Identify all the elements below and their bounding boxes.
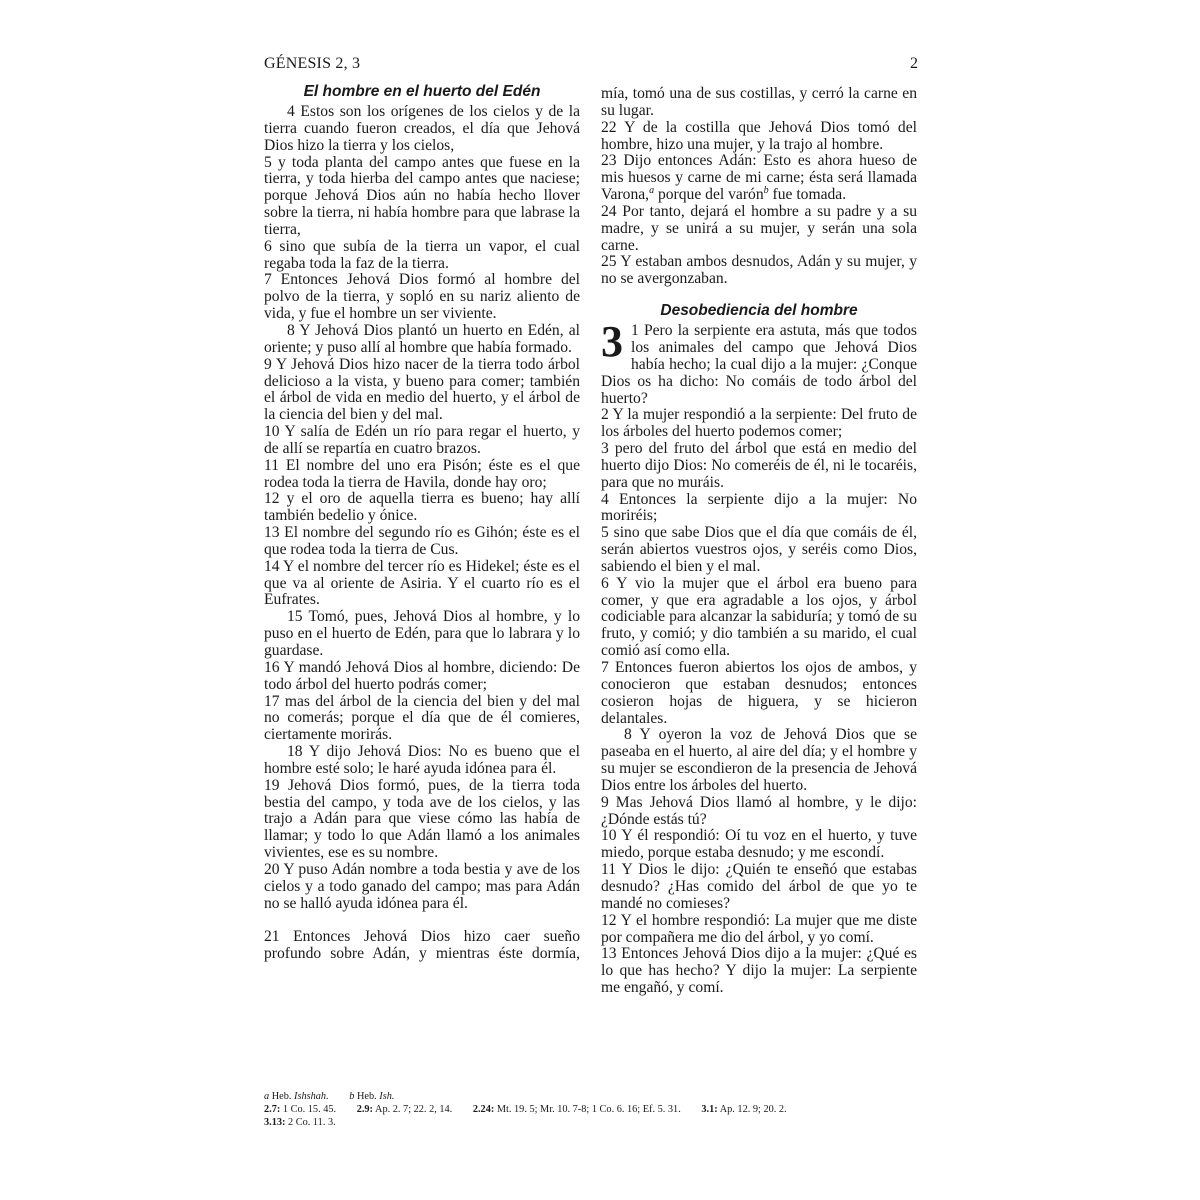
footnote-a: a Heb. Ishshah. — [264, 1091, 329, 1102]
verse-continuation: mía, tomó una de sus costillas, y cerró … — [601, 86, 917, 120]
verse: 2 Y la mujer respondió a la serpiente: D… — [601, 407, 917, 441]
verse: 11 El nombre del uno era Pisón; éste es … — [264, 458, 580, 492]
page-number: 2 — [910, 55, 918, 73]
verse: 7 Entonces Jehová Dios formó al hombre d… — [264, 272, 580, 323]
xref-text: Mt. 19. 5; Mr. 10. 7-8; 1 Co. 6. 16; Ef.… — [497, 1104, 681, 1115]
verse: 8 Y oyeron la voz de Jehová Dios que se … — [601, 727, 917, 794]
xref-text: Ap. 2. 7; 22. 2, 14. — [375, 1104, 452, 1115]
verse: 13 Entonces Jehová Dios dijo a la mujer:… — [601, 946, 917, 997]
footnote-key: a — [264, 1091, 269, 1102]
verse: 12 Y el hombre respondió: La mujer que m… — [601, 913, 917, 947]
chapter-number: 3 — [601, 325, 623, 359]
verse: 12 y el oro de aquella tierra es bueno; … — [264, 491, 580, 525]
verse: 3 pero del fruto del árbol que está en m… — [601, 441, 917, 492]
verse: 6 sino que subía de la tierra un vapor, … — [264, 239, 580, 273]
running-head: GÉNESIS 2, 3 — [264, 55, 360, 73]
verse: 15 Tomó, pues, Jehová Dios al hombre, y … — [264, 609, 580, 660]
verse: 4 Entonces la serpiente dijo a la mujer:… — [601, 492, 917, 526]
verse: 18 Y dijo Jehová Dios: No es bueno que e… — [264, 744, 580, 778]
footnote-term: Ishshah. — [294, 1091, 329, 1102]
verse: 20 Y puso Adán nombre a toda bestia y av… — [264, 862, 580, 929]
verse: 6 Y vio la mujer que el árbol era bueno … — [601, 576, 917, 660]
verse: 8 Y Jehová Dios plantó un huerto en Edén… — [264, 323, 580, 357]
xref-ref: 2.24: — [473, 1104, 494, 1115]
cross-reference[interactable]: 2.9: Ap. 2. 7; 22. 2, 14. — [357, 1104, 453, 1115]
footnotes: a Heb. Ishshah. b Heb. Ish. 2.7: 1 Co. 1… — [264, 1090, 924, 1129]
verse-text: porque del varón — [654, 186, 764, 203]
verse: 5 sino que sabe Dios que el día que comá… — [601, 525, 917, 576]
verse: 11 Y Dios le dijo: ¿Quién te enseñó que … — [601, 862, 917, 913]
verse-text: 1 Pero la serpiente era astuta, más que … — [601, 322, 917, 406]
footnote-key: b — [349, 1091, 354, 1102]
footnote-prefix: Heb. — [357, 1091, 379, 1102]
cross-reference[interactable]: 3.1: Ap. 12. 9; 20. 2. — [701, 1104, 786, 1115]
verse: 22 Y de la costilla que Jehová Dios tomó… — [601, 120, 917, 154]
verse: 14 Y el nombre del tercer río es Hidekel… — [264, 559, 580, 610]
section-heading: El hombre en el huerto del Edén — [264, 82, 580, 102]
xref-text: 2 Co. 11. 3. — [288, 1117, 336, 1128]
verse: 13 El nombre del segundo río es Gihón; é… — [264, 525, 580, 559]
cross-reference[interactable]: 3.13: 2 Co. 11. 3. — [264, 1117, 336, 1128]
footnote-prefix: Heb. — [272, 1091, 294, 1102]
cross-references: 3.13: 2 Co. 11. 3. — [264, 1116, 924, 1129]
verse: 10 Y él respondió: Oí tu voz en el huert… — [601, 828, 917, 862]
section-heading: Desobediencia del hombre — [601, 301, 917, 321]
page-header: GÉNESIS 2, 3 2 — [264, 55, 918, 75]
cross-reference[interactable]: 2.7: 1 Co. 15. 45. — [264, 1104, 336, 1115]
cross-references: 2.7: 1 Co. 15. 45. 2.9: Ap. 2. 7; 22. 2,… — [264, 1103, 924, 1116]
verse: 25 Y estaban ambos desnudos, Adán y su m… — [601, 254, 917, 288]
right-column: mía, tomó una de sus costillas, y cerró … — [601, 86, 917, 997]
xref-ref: 2.7: — [264, 1104, 280, 1115]
verse: 4 Estos son los orígenes de los cielos y… — [264, 104, 580, 155]
verse: 9 Y Jehová Dios hizo nacer de la tierra … — [264, 357, 580, 424]
verse: 9 Mas Jehová Dios llamó al hombre, y le … — [601, 795, 917, 829]
verse-text: fue tomada. — [769, 186, 847, 203]
verse: 21 Entonces Jehová Dios hizo caer sueño … — [264, 929, 580, 963]
xref-ref: 2.9: — [357, 1104, 373, 1115]
cross-reference[interactable]: 2.24: Mt. 19. 5; Mr. 10. 7-8; 1 Co. 6. 1… — [473, 1104, 681, 1115]
verse: 31 Pero la serpiente era astuta, más que… — [601, 323, 917, 407]
footnote-term: Ish. — [379, 1091, 394, 1102]
verse: 24 Por tanto, dejará el hombre a su padr… — [601, 204, 917, 255]
left-column: El hombre en el huerto del Edén 4 Estos … — [264, 82, 580, 963]
xref-ref: 3.13: — [264, 1117, 285, 1128]
verse: 23 Dijo entonces Adán: Esto es ahora hue… — [601, 153, 917, 204]
xref-ref: 3.1: — [701, 1104, 717, 1115]
verse: 19 Jehová Dios formó, pues, de la tierra… — [264, 778, 580, 862]
verse: 5 y toda planta del campo antes que fues… — [264, 155, 580, 239]
footnote-b: b Heb. Ish. — [349, 1091, 394, 1102]
verse: 10 Y salía de Edén un río para regar el … — [264, 424, 580, 458]
xref-text: Ap. 12. 9; 20. 2. — [720, 1104, 787, 1115]
footnote-notes: a Heb. Ishshah. b Heb. Ish. — [264, 1090, 924, 1103]
xref-text: 1 Co. 15. 45. — [283, 1104, 336, 1115]
verse: 16 Y mandó Jehová Dios al hombre, dicien… — [264, 660, 580, 694]
verse: 17 mas del árbol de la ciencia del bien … — [264, 694, 580, 745]
verse: 7 Entonces fueron abiertos los ojos de a… — [601, 660, 917, 727]
